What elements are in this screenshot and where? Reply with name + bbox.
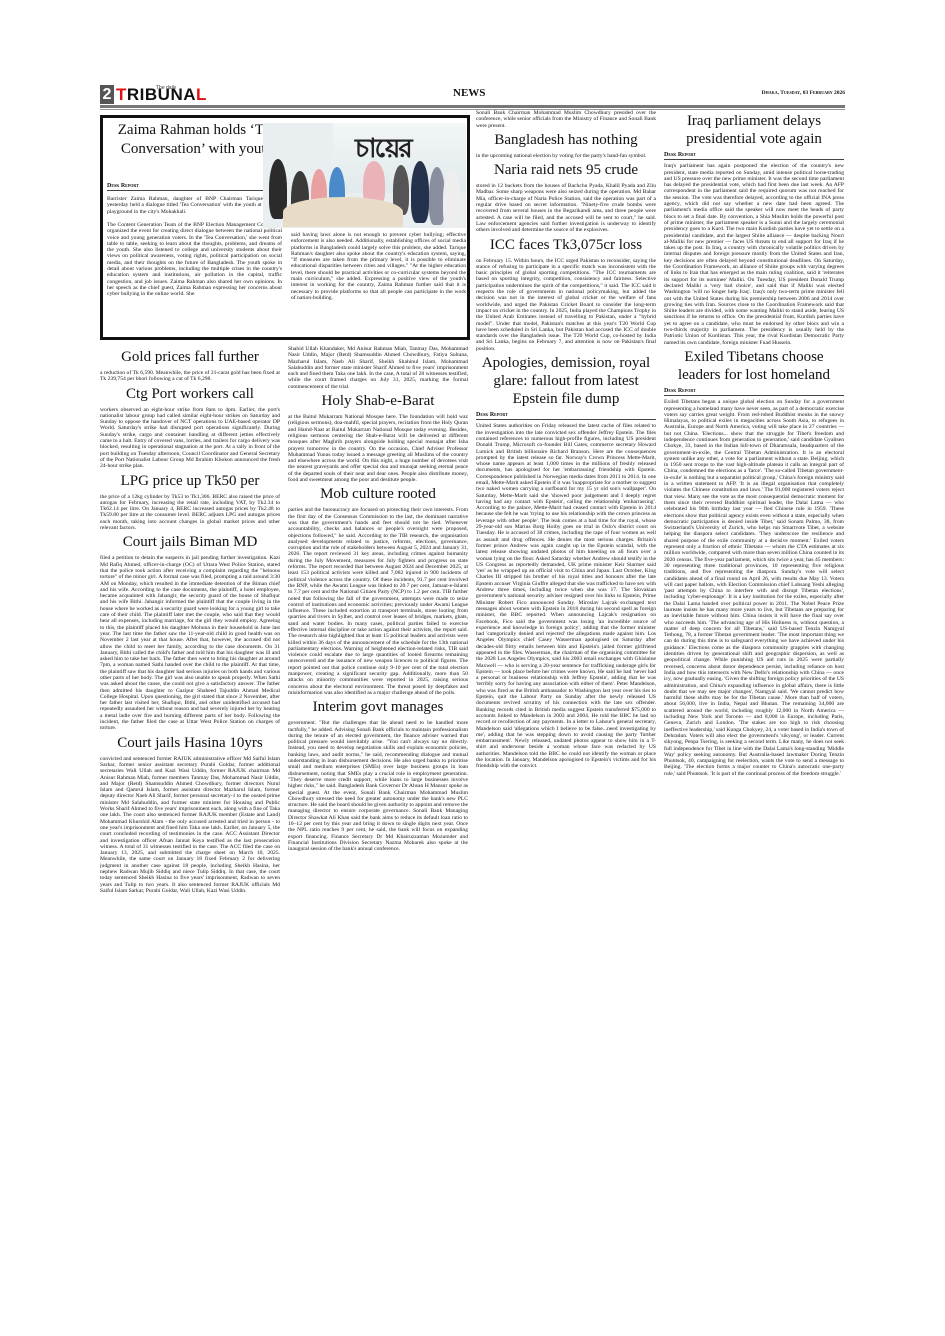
- article-shab-e-barat: Holy Shab-e-Barat at the Baitul Mukarram…: [288, 392, 468, 483]
- headline: Court jails Hasina 10yrs: [100, 734, 280, 752]
- article-tibetans: Exiled Tibetans choose leaders for lost …: [664, 348, 844, 777]
- byline: Desk Report: [476, 412, 656, 420]
- brand-wordmark: The dailyTRIBUNAL: [116, 86, 207, 104]
- article-hasina: Court jails Hasina 10yrs convicted and s…: [100, 734, 280, 895]
- headline: Court jails Biman MD: [100, 533, 280, 551]
- lead-paragraph-1: Barrister Zaima Rahman, daughter of BNP …: [107, 196, 287, 215]
- headline: ICC faces Tk3,075cr loss: [476, 236, 656, 254]
- column-4: Iraq parliament delays presidential vote…: [664, 110, 844, 1226]
- lead-photo: চায়ের: [263, 123, 466, 228]
- lead-byline: Desk Report: [107, 183, 287, 191]
- photo-table: [283, 197, 403, 227]
- article-biman: Court jails Biman MD filed a petition to…: [100, 533, 280, 731]
- lead-paragraph-3: said having laws alone is not enough to …: [291, 232, 466, 301]
- headline: Gold prices fall further: [100, 348, 280, 366]
- newspaper-page: 2 The dailyTRIBUNAL NEWS Dhaka, Tuesday,…: [100, 84, 845, 104]
- headline: Interim govt manages: [288, 698, 468, 716]
- article-continuation: Shahid Ullah Khandaker, Md Anisur Rahman…: [288, 346, 468, 390]
- column-3: Sonali Bank Chairman Mohammad Muslim Cho…: [476, 110, 656, 1226]
- headline: Holy Shab-e-Barat: [288, 392, 468, 410]
- article-iraq: Iraq parliament delays presidential vote…: [664, 112, 844, 346]
- header-rule: [100, 105, 845, 108]
- headline: Ctg Port workers call: [100, 385, 280, 403]
- masthead: 2 The dailyTRIBUNAL NEWS Dhaka, Tuesday,…: [100, 84, 845, 104]
- article-interim-govt: Interim govt manages government. "But th…: [288, 698, 468, 852]
- tribunal-logo: 2 The dailyTRIBUNAL: [100, 84, 207, 104]
- article-continuation: Sonali Bank Chairman Mohammad Muslim Cho…: [476, 110, 656, 129]
- brand-tagline: The daily: [156, 79, 176, 97]
- headline: Apologies, demission, royal glare: fallo…: [476, 354, 656, 408]
- headline: Bangladesh has nothing: [476, 131, 656, 149]
- headline: Iraq parliament delays presidential vote…: [664, 112, 844, 148]
- article-gold: Gold prices fall further a reduction of …: [100, 348, 280, 383]
- lead-story: Zaima Rahman holds ‘Tea Conversation’ wi…: [100, 115, 470, 340]
- article-ctg-port: Ctg Port workers call workers observed a…: [100, 385, 280, 470]
- headline: LPG price up Tk50 per: [100, 472, 280, 490]
- headline: Naria raid nets 95 crude: [476, 161, 656, 179]
- byline: Desk Report: [664, 388, 844, 396]
- dateline: Dhaka, Tuesday, 03 February 2026: [762, 90, 845, 96]
- column-1: Gold prices fall further a reduction of …: [100, 346, 280, 1226]
- article-naria-raid: Naria raid nets 95 crude stored in 12 bu…: [476, 161, 656, 233]
- article-bangladesh: Bangladesh has nothing in the upcoming n…: [476, 131, 656, 159]
- headline: Exiled Tibetans choose leaders for lost …: [664, 348, 844, 384]
- person-figure: [411, 161, 429, 223]
- column-2: Shahid Ullah Khandaker, Md Anisur Rahman…: [288, 346, 468, 1226]
- article-epstein: Apologies, demission, royal glare: fallo…: [476, 354, 656, 770]
- article-lpg: LPG price up Tk50 per the price of a 12k…: [100, 472, 280, 532]
- person-figure: [443, 169, 461, 228]
- byline: Desk Report: [664, 152, 844, 160]
- article-icc: ICC faces Tk3,075cr loss on February 15.…: [476, 236, 656, 352]
- article-mob-culture: Mob culture rooted parties and the burea…: [288, 485, 468, 696]
- page-number: 2: [100, 85, 114, 104]
- lead-paragraph-2: The Content Generation Team of the BNP E…: [107, 222, 282, 298]
- headline: Mob culture rooted: [288, 485, 468, 503]
- lead-headline: Zaima Rahman holds ‘Tea Conversation’ wi…: [107, 121, 287, 159]
- section-title: NEWS: [453, 87, 485, 99]
